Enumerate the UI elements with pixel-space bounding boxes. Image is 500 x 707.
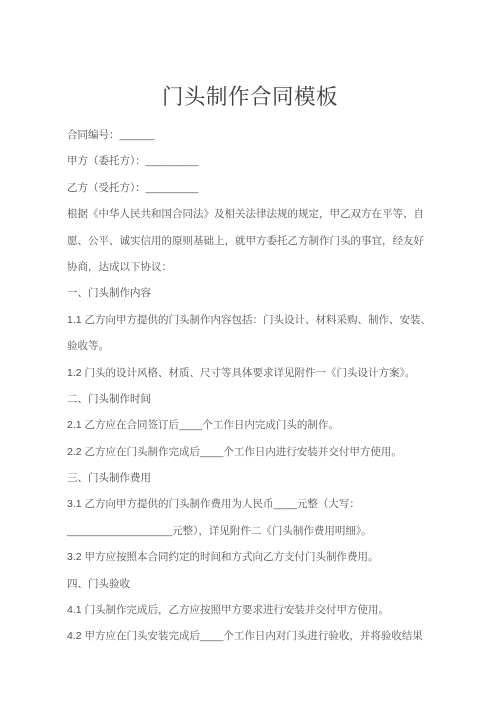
doc-line-clause: 3.2 甲方应按照本合同约定的时间和方式向乙方支付门头制作费用。	[67, 544, 467, 570]
doc-line-field: 甲方（委托方）：_________	[67, 148, 467, 174]
doc-line-clause: 2.2 乙方应在门头制作完成后____个工作日内进行安装并交付甲方使用。	[67, 439, 467, 465]
doc-line-field: 合同编号：______	[67, 122, 467, 148]
doc-line-body: 协商，达成以下协议：	[67, 254, 467, 280]
doc-line-body: 愿、公平、诚实信用的原则基础上，就甲方委托乙方制作门头的事宜，经友好	[67, 228, 467, 254]
doc-line-body: 根据《中华人民共和国合同法》及相关法律法规的规定，甲乙双方在平等、自	[67, 201, 467, 227]
doc-line-body: __________________元整），详见附件二《门头制作费用明细》。	[67, 518, 467, 544]
doc-line-section: 三、门头制作费用	[67, 465, 467, 491]
doc-line-clause: 3.1 乙方向甲方提供的门头制作费用为人民币____元整（大写：	[67, 491, 467, 517]
doc-line-section: 二、门头制作时间	[67, 386, 467, 412]
doc-line-clause: 1.2 门头的设计风格、材质、尺寸等具体要求详见附件一《门头设计方案》。	[67, 360, 467, 386]
doc-line-clause: 2.1 乙方应在合同签订后____个工作日内完成门头的制作。	[67, 412, 467, 438]
document-body: 合同编号：______甲方（委托方）：_________乙方（受托方）：____…	[67, 122, 467, 650]
doc-line-section: 四、门头验收	[67, 571, 467, 597]
doc-line-clause: 4.1 门头制作完成后，乙方应按照甲方要求进行安装并交付甲方使用。	[67, 597, 467, 623]
contract-document-page: 门头制作合同模板 合同编号：______甲方（委托方）：_________乙方（…	[0, 0, 500, 707]
doc-line-section: 一、门头制作内容	[67, 280, 467, 306]
doc-line-field: 乙方（受托方）：_________	[67, 175, 467, 201]
doc-line-body: 验收等。	[67, 333, 467, 359]
document-title: 门头制作合同模板	[0, 84, 500, 110]
doc-line-clause: 1.1 乙方向甲方提供的门头制作内容包括：门头设计、材料采购、制作、安装、	[67, 307, 467, 333]
doc-line-clause: 4.2 甲方应在门头安装完成后____个工作日内对门头进行验收，并将验收结果	[67, 623, 467, 649]
